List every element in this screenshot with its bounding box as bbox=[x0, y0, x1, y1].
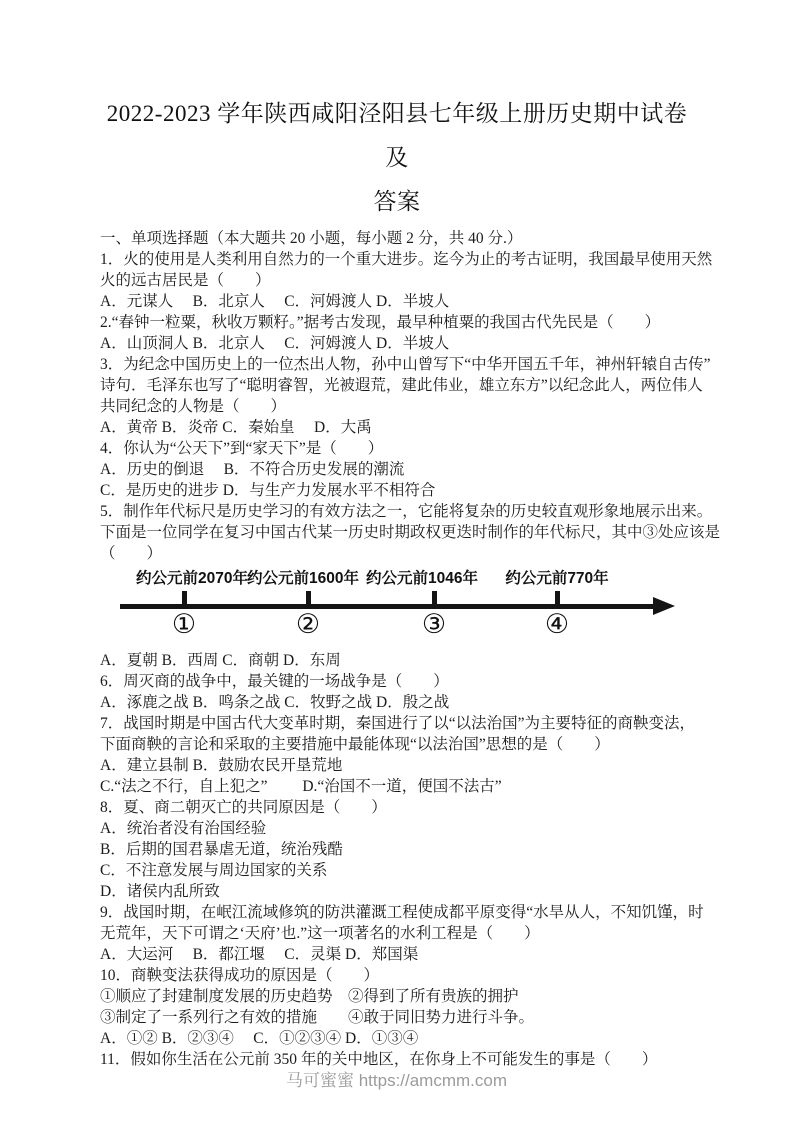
text-line: D．诸侯内乱所致 bbox=[100, 881, 694, 902]
text-line: A．大运河 B．都江堰 C．灵渠 D．郑国渠 bbox=[100, 944, 694, 965]
document-title: 2022-2023 学年陕西咸阳泾阳县七年级上册历史期中试卷及 答案 bbox=[100, 92, 694, 224]
timeline-tick-2 bbox=[306, 591, 311, 605]
timeline-tick-4 bbox=[555, 591, 560, 605]
text-line: 3．为纪念中国历史上的一位杰出人物，孙中山曾写下“中华开国五千年，神州轩辕自古传… bbox=[100, 354, 694, 375]
text-line: 9．战国时期，在岷江流域修筑的防洪灌溉工程使成都平原变得“水旱从人，不知饥馑，时 bbox=[100, 902, 694, 923]
text-line: A．统治者没有治国经验 bbox=[100, 818, 694, 839]
text-line: C．不注意发展与周边国家的关系 bbox=[100, 860, 694, 881]
text-line: A．①② B．②③④ C．①②③④ D．①③④ bbox=[100, 1028, 694, 1049]
timeline-label-4: 约公元前770年 bbox=[505, 566, 608, 588]
question-text-block-2: A．夏朝 B．西周 C．商朝 D．东周6．周灭商的战争中，最关键的一场战争是（ … bbox=[100, 650, 694, 1070]
text-line: C.“法之不行，自上犯之” D.“治国不一道，便国不法古” bbox=[100, 776, 694, 797]
timeline-diagram: 约公元前2070年 约公元前1600年 约公元前1046年 约公元前770年 ①… bbox=[100, 564, 694, 650]
text-line: 下面商鞅的言论和采取的主要措施中最能体现“以法治国”思想的是（ ） bbox=[100, 734, 694, 755]
timeline-marker-circled-3: ③ bbox=[422, 610, 446, 640]
timeline-label-1: 约公元前2070年 bbox=[136, 566, 248, 588]
timeline-tick-1 bbox=[182, 591, 187, 605]
text-line: 下面是一位同学在复习中国古代某一历史时期政权更迭时制作的年代标尺，其中③处应该是 bbox=[100, 522, 694, 543]
timeline-marker-circled-4: ④ bbox=[545, 610, 569, 640]
timeline-marker-circled-1: ① bbox=[172, 610, 196, 640]
text-line: 6．周灭商的战争中，最关键的一场战争是（ ） bbox=[100, 671, 694, 692]
question-text-block-1: 1．火的使用是人类利用自然力的一个重大进步。迄今为止的考古证明，我国最早使用天然… bbox=[100, 249, 694, 564]
timeline-axis bbox=[120, 604, 657, 609]
timeline-arrowhead-icon bbox=[653, 597, 675, 615]
text-line: B．后期的国君暴虐无道，统治残酷 bbox=[100, 839, 694, 860]
text-line: A．建立县制 B．鼓励农民开垦荒地 bbox=[100, 755, 694, 776]
text-line: A．山顶洞人 B．北京人 C．河姆渡人 D．半坡人 bbox=[100, 333, 694, 354]
document-title-line2: 答案 bbox=[100, 180, 694, 224]
text-line: 5．制作年代标尺是历史学习的有效方法之一，它能将复杂的历史较直观形象地展示出来。 bbox=[100, 501, 694, 522]
footer-watermark: 马可蜜蜜 https://amcmm.com bbox=[0, 1066, 793, 1091]
text-line: 火的远古居民是（ ） bbox=[100, 270, 694, 291]
text-line: 7．战国时期是中国古代大变革时期，秦国进行了以“以法治国”为主要特征的商鞅变法， bbox=[100, 713, 694, 734]
text-line: A．历史的倒退 B．不符合历史发展的潮流 bbox=[100, 459, 694, 480]
text-line: A．涿鹿之战 B．鸣条之战 C．牧野之战 D．殷之战 bbox=[100, 692, 694, 713]
text-line: C．是历史的进步 D．与生产力发展水平不相符合 bbox=[100, 480, 694, 501]
text-line: ③制定了一系列行之有效的措施 ④敢于同旧势力进行斗争。 bbox=[100, 1007, 694, 1028]
text-line: 诗句．毛泽东也写了“聪明睿智，光被遐荒，建此伟业，雄立东方”以纪念此人，两位伟人 bbox=[100, 375, 694, 396]
timeline-label-3: 约公元前1046年 bbox=[366, 566, 478, 588]
text-line: ①顺应了封建制度发展的历史趋势 ②得到了所有贵族的拥护 bbox=[100, 986, 694, 1007]
text-line: 4．你认为“公天下”到“家天下”是（ ） bbox=[100, 438, 694, 459]
text-line: A．夏朝 B．西周 C．商朝 D．东周 bbox=[100, 650, 694, 671]
text-line: 10．商鞅变法获得成功的原因是（ ） bbox=[100, 965, 694, 986]
text-line: 1．火的使用是人类利用自然力的一个重大进步。迄今为止的考古证明，我国最早使用天然 bbox=[100, 249, 694, 270]
timeline-label-2: 约公元前1600年 bbox=[247, 566, 359, 588]
timeline-tick-3 bbox=[432, 591, 437, 605]
text-line: 8．夏、商二朝灭亡的共同原因是（ ） bbox=[100, 797, 694, 818]
text-line: 无荒年，天下可谓之‘天府’也.”这一项著名的水利工程是（ ） bbox=[100, 923, 694, 944]
text-line: 共同纪念的人物是（ ） bbox=[100, 396, 694, 417]
document-content: 2022-2023 学年陕西咸阳泾阳县七年级上册历史期中试卷及 答案 一、单项选… bbox=[100, 92, 694, 1070]
document-page: 2022-2023 学年陕西咸阳泾阳县七年级上册历史期中试卷及 答案 一、单项选… bbox=[0, 0, 793, 1122]
timeline-marker-circled-2: ② bbox=[296, 610, 320, 640]
text-line: A．元谋人 B．北京人 C．河姆渡人 D．半坡人 bbox=[100, 291, 694, 312]
text-line: A．黄帝 B．炎帝 C．秦始皇 D．大禹 bbox=[100, 417, 694, 438]
section-heading: 一、单项选择题（本大题共 20 小题，每小题 2 分，共 40 分.） bbox=[100, 228, 694, 249]
text-line: 2.“春钟一粒粟，秋收万颗籽。”据考古发现，最早种植粟的我国古代先民是（ ） bbox=[100, 312, 694, 333]
text-line: （ ） bbox=[100, 543, 694, 564]
document-title-line1: 2022-2023 学年陕西咸阳泾阳县七年级上册历史期中试卷及 bbox=[100, 92, 694, 180]
